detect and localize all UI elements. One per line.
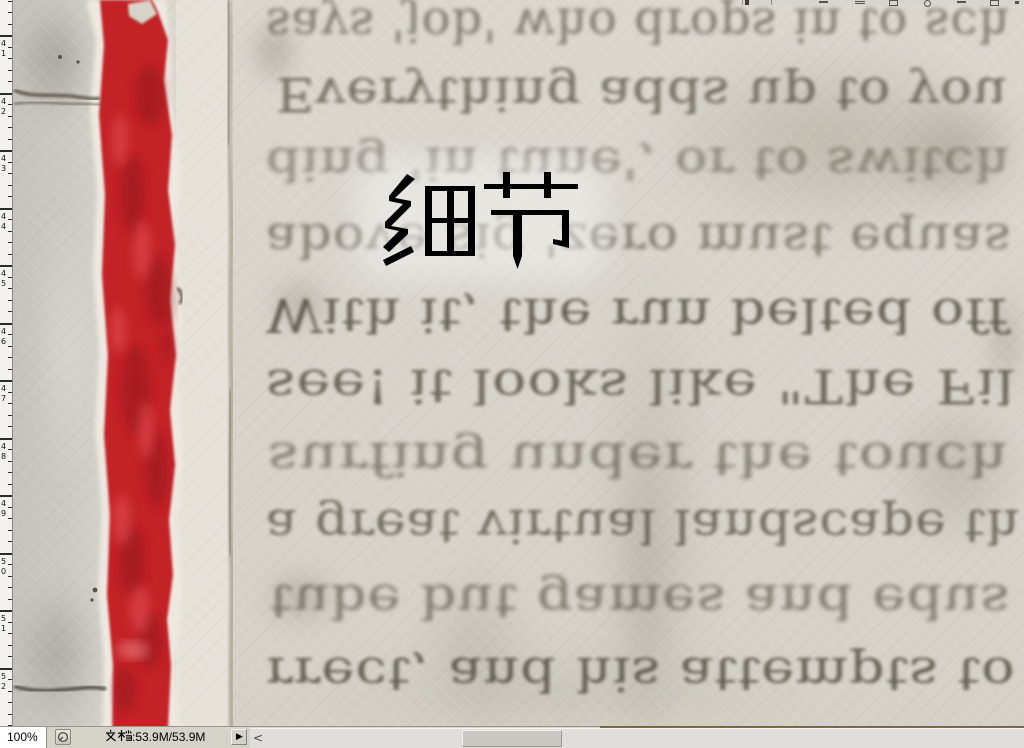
toolbar-mark [855,3,865,4]
horizontal-scrollbar[interactable]: < [250,728,1024,748]
ruler-label: 4 [1,97,11,106]
ruler-minor-tick [8,541,12,542]
ruler-label: 1 [1,624,11,633]
ruler-minor-tick [8,139,12,140]
ruler-label: 4 [1,327,11,336]
ruler-minor-tick [8,357,12,358]
ruler-minor-tick [8,461,12,462]
ruler-label: 4 [1,222,11,231]
ruler-minor-tick [8,1,12,2]
ruler-label: 1 [1,49,11,58]
ruler-major-tick [0,668,12,670]
ruler-minor-tick [8,12,12,13]
ruler-major-tick [0,93,12,95]
ruler-major-tick [0,380,12,382]
doc-size-value: :53.9M/53.9M [132,730,205,744]
ruler-minor-tick [8,518,12,519]
ruler-label: 4 [1,212,11,221]
ruler-major-tick [0,323,12,325]
flyout-arrow-icon: ▶ [236,732,246,742]
scrollbar-thumb[interactable] [462,730,562,747]
toolbar-mark [889,0,898,6]
ruler-minor-tick [8,633,12,634]
ruler-minor-tick [8,714,12,715]
ruler-major-tick [0,265,12,267]
ruler-label: 5 [1,279,11,288]
ruler-major-tick [0,150,12,152]
photoshop-window: says 'job' who drops in to schEverything… [0,0,1024,748]
ruler-major-tick [0,208,12,210]
ruler-label: 7 [1,394,11,403]
detail-overlay-text [381,170,581,270]
ruler-major-tick [0,438,12,440]
ruler-label: 4 [1,442,11,451]
ruler-minor-tick [8,254,12,255]
mirrored-text-line: says 'job' who drops in to sch [266,0,1010,51]
ruler-major-tick [0,35,12,37]
toolbar-mark [957,1,966,3]
options-bar-sliver[interactable] [742,0,1024,5]
mirrored-text-line: With it, the run belted off [266,287,1008,341]
ruler-minor-tick [8,311,12,312]
ruler-minor-tick [8,185,12,186]
ruler-minor-tick [8,58,12,59]
ruler-label: 8 [1,452,11,461]
ruler-minor-tick [8,403,12,404]
ruler-minor-tick [8,242,12,243]
ruler-label: 6 [1,337,11,346]
ruler-minor-tick [8,116,12,117]
ruler-label: 4 [1,154,11,163]
toolbar-divider [771,0,772,5]
toolbar-mark [855,1,865,2]
ruler-label: 4 [1,269,11,278]
toolbar-mark [990,0,999,6]
ruler-minor-tick [8,70,12,71]
mirrored-text-line: tube but games and edus [270,573,1010,627]
ruler-minor-tick [8,691,12,692]
ruler-minor-tick [8,576,12,577]
mirrored-text-line: Everything adds up to you [276,66,1008,120]
ruler-minor-tick [8,300,12,301]
ruler-minor-tick [8,24,12,25]
ruler-label: 5 [1,672,11,681]
preview-clock-icon[interactable] [55,729,71,745]
ruler-minor-tick [8,645,12,646]
ruler-label: 4 [1,384,11,393]
ruler-minor-tick [8,599,12,600]
zoom-level-value: 100% [7,730,38,744]
ruler-label: 2 [1,107,11,116]
page-bottom-edge-shadow [600,726,1024,728]
mirrored-text-line: surfing under the touch [268,431,1008,485]
ruler-minor-tick [8,231,12,232]
ruler-minor-tick [8,81,12,82]
ruler-minor-tick [8,587,12,588]
ruler-minor-tick [8,288,12,289]
ruler-minor-tick [8,484,12,485]
ruler-minor-tick [8,127,12,128]
ruler-major-tick [0,553,12,555]
ruler-minor-tick [8,656,12,657]
ruler-label: 5 [1,557,11,566]
ruler-minor-tick [8,472,12,473]
mirrored-text-line: see! it looks like "The Fil [266,358,1016,412]
status-flyout-button[interactable]: ▶ [231,729,247,745]
ruler-label: 2 [1,682,11,691]
document-size-status: :53.9M/53.9M [105,727,205,748]
ruler-minor-tick [8,415,12,416]
toolbar-mark [745,0,749,5]
ruler-minor-tick [8,702,12,703]
scrollbar-left-arrow-icon[interactable]: < [253,731,263,745]
ruler-minor-tick [8,369,12,370]
doc-label-glyphs [105,729,132,743]
ruler-label: 4 [1,499,11,508]
ruler-label: 3 [1,164,11,173]
ruler-minor-tick [8,426,12,427]
ruler-major-tick [0,610,12,612]
ruler-label: 9 [1,509,11,518]
ruler-minor-tick [8,346,12,347]
zoom-level-input[interactable]: 100% [0,727,47,748]
toolbar-mark [1015,1,1019,4]
ruler-label: 4 [1,39,11,48]
status-bar: 100% :53.9M/53.9M ▶ [0,726,1024,748]
ruler-minor-tick [8,530,12,531]
bleedthrough-text-layer: says 'job' who drops in to schEverything… [0,0,1024,728]
mirrored-text-line: rrect, and his attempts to [266,646,1016,700]
mirrored-text-line: a great virtual landscape th [266,498,1020,552]
toolbar-mark [924,0,931,7]
ruler-label: 0 [1,567,11,576]
ruler-minor-tick [8,196,12,197]
ruler-label: 5 [1,614,11,623]
vertical-ruler[interactable]: 414243444546474849505152 [0,0,13,726]
toolbar-mark [819,1,828,3]
ruler-minor-tick [8,173,12,174]
ruler-major-tick [0,495,12,497]
